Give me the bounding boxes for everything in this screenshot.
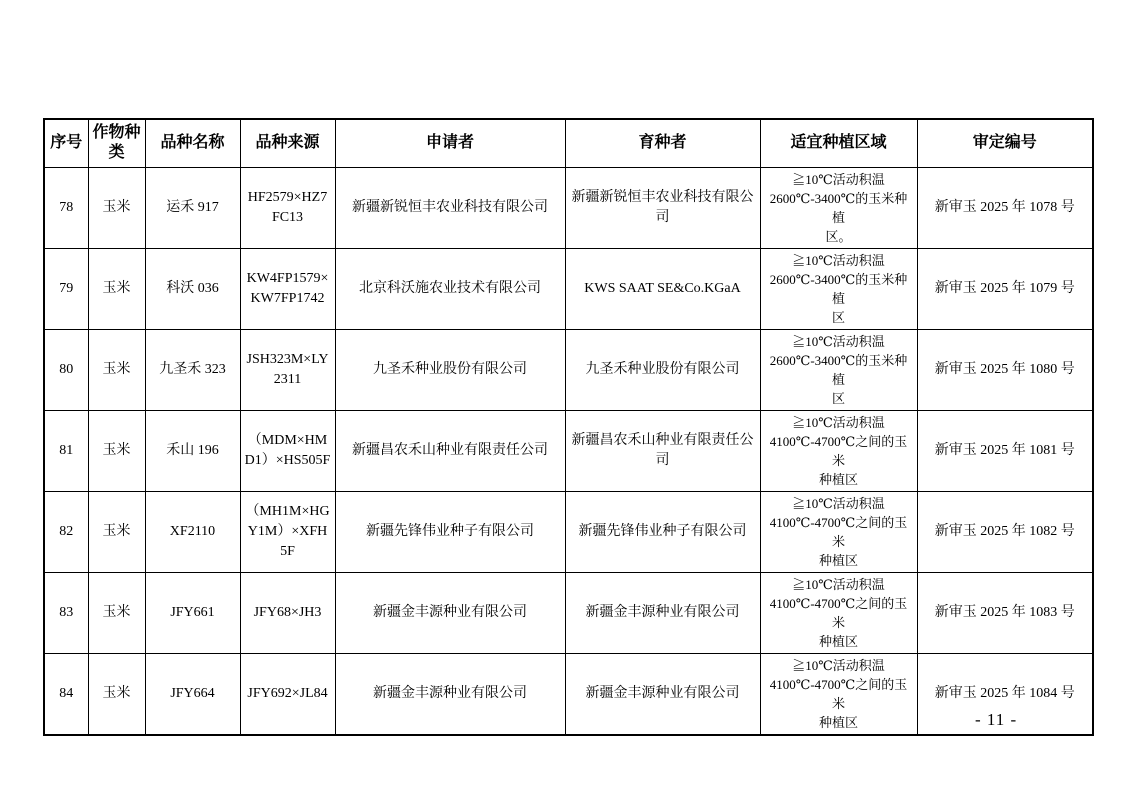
seq-cell: 80 xyxy=(44,329,88,410)
crop-cell: 玉米 xyxy=(88,491,145,572)
region-cell: ≧10℃活动积温 4100℃-4700℃之间的玉米 种植区 xyxy=(760,653,917,735)
region-cell: ≧10℃活动积温 2600℃-3400℃的玉米种植 区 xyxy=(760,248,917,329)
col-header-breeder: 育种者 xyxy=(565,119,760,167)
seq-cell: 79 xyxy=(44,248,88,329)
table-row: 82 玉米 XF2110 （MH1M×HGY1M）×XFH5F 新疆先锋伟业种子… xyxy=(44,491,1093,572)
table-row: 84 玉米 JFY664 JFY692×JL84 新疆金丰源种业有限公司 新疆金… xyxy=(44,653,1093,735)
variety-name-cell: JFY661 xyxy=(145,572,240,653)
table-row: 79 玉米 科沃 036 KW4FP1579×KW7FP1742 北京科沃施农业… xyxy=(44,248,1093,329)
cert-no-cell: 新审玉 2025 年 1080 号 xyxy=(917,329,1093,410)
applicant-cell: 新疆金丰源种业有限公司 xyxy=(335,653,565,735)
col-header-variety-name: 品种名称 xyxy=(145,119,240,167)
crop-cell: 玉米 xyxy=(88,167,145,248)
applicant-cell: 九圣禾种业股份有限公司 xyxy=(335,329,565,410)
table-row: 78 玉米 运禾 917 HF2579×HZ7FC13 新疆新锐恒丰农业科技有限… xyxy=(44,167,1093,248)
applicant-cell: 新疆金丰源种业有限公司 xyxy=(335,572,565,653)
col-header-applicant: 申请者 xyxy=(335,119,565,167)
cert-no-cell: 新审玉 2025 年 1078 号 xyxy=(917,167,1093,248)
source-cell: JFY68×JH3 xyxy=(240,572,335,653)
seq-cell: 83 xyxy=(44,572,88,653)
region-cell: ≧10℃活动积温 2600℃-3400℃的玉米种植 区。 xyxy=(760,167,917,248)
crop-cell: 玉米 xyxy=(88,572,145,653)
seq-cell: 82 xyxy=(44,491,88,572)
applicant-cell: 新疆昌农禾山种业有限责任公司 xyxy=(335,410,565,491)
variety-name-cell: 九圣禾 323 xyxy=(145,329,240,410)
region-cell: ≧10℃活动积温 2600℃-3400℃的玉米种植 区 xyxy=(760,329,917,410)
crop-cell: 玉米 xyxy=(88,248,145,329)
cert-no-cell: 新审玉 2025 年 1081 号 xyxy=(917,410,1093,491)
applicant-cell: 新疆先锋伟业种子有限公司 xyxy=(335,491,565,572)
cert-no-cell: 新审玉 2025 年 1083 号 xyxy=(917,572,1093,653)
breeder-cell: 新疆先锋伟业种子有限公司 xyxy=(565,491,760,572)
col-header-seq: 序号 xyxy=(44,119,88,167)
breeder-cell: 新疆金丰源种业有限公司 xyxy=(565,653,760,735)
applicant-cell: 新疆新锐恒丰农业科技有限公司 xyxy=(335,167,565,248)
source-cell: （MH1M×HGY1M）×XFH5F xyxy=(240,491,335,572)
col-header-source: 品种来源 xyxy=(240,119,335,167)
breeder-cell: 九圣禾种业股份有限公司 xyxy=(565,329,760,410)
table-row: 81 玉米 禾山 196 （MDM×HMD1）×HS505F 新疆昌农禾山种业有… xyxy=(44,410,1093,491)
breeder-cell: 新疆金丰源种业有限公司 xyxy=(565,572,760,653)
breeder-cell: KWS SAAT SE&Co.KGaA xyxy=(565,248,760,329)
region-cell: ≧10℃活动积温 4100℃-4700℃之间的玉米 种植区 xyxy=(760,491,917,572)
source-cell: KW4FP1579×KW7FP1742 xyxy=(240,248,335,329)
variety-name-cell: XF2110 xyxy=(145,491,240,572)
crop-cell: 玉米 xyxy=(88,329,145,410)
region-cell: ≧10℃活动积温 4100℃-4700℃之间的玉米 种植区 xyxy=(760,572,917,653)
col-header-cert-no: 审定编号 xyxy=(917,119,1093,167)
variety-name-cell: 运禾 917 xyxy=(145,167,240,248)
cert-no-cell: 新审玉 2025 年 1082 号 xyxy=(917,491,1093,572)
crop-cell: 玉米 xyxy=(88,653,145,735)
table-row: 83 玉米 JFY661 JFY68×JH3 新疆金丰源种业有限公司 新疆金丰源… xyxy=(44,572,1093,653)
breeder-cell: 新疆昌农禾山种业有限责任公司 xyxy=(565,410,760,491)
col-header-crop: 作物种类 xyxy=(88,119,145,167)
seq-cell: 81 xyxy=(44,410,88,491)
seq-cell: 84 xyxy=(44,653,88,735)
source-cell: （MDM×HMD1）×HS505F xyxy=(240,410,335,491)
region-cell: ≧10℃活动积温 4100℃-4700℃之间的玉米 种植区 xyxy=(760,410,917,491)
crop-cell: 玉米 xyxy=(88,410,145,491)
col-header-region: 适宜种植区域 xyxy=(760,119,917,167)
document-page: 序号 作物种类 品种名称 品种来源 申请者 育种者 适宜种植区域 审定编号 78… xyxy=(0,0,1122,793)
variety-name-cell: JFY664 xyxy=(145,653,240,735)
applicant-cell: 北京科沃施农业技术有限公司 xyxy=(335,248,565,329)
source-cell: HF2579×HZ7FC13 xyxy=(240,167,335,248)
variety-name-cell: 科沃 036 xyxy=(145,248,240,329)
table-row: 80 玉米 九圣禾 323 JSH323M×LY2311 九圣禾种业股份有限公司… xyxy=(44,329,1093,410)
source-cell: JFY692×JL84 xyxy=(240,653,335,735)
variety-approval-table: 序号 作物种类 品种名称 品种来源 申请者 育种者 适宜种植区域 审定编号 78… xyxy=(43,118,1094,736)
seq-cell: 78 xyxy=(44,167,88,248)
cert-no-cell: 新审玉 2025 年 1079 号 xyxy=(917,248,1093,329)
breeder-cell: 新疆新锐恒丰农业科技有限公司 xyxy=(565,167,760,248)
page-number: - 11 - xyxy=(975,710,1017,730)
table-header-row: 序号 作物种类 品种名称 品种来源 申请者 育种者 适宜种植区域 审定编号 xyxy=(44,119,1093,167)
source-cell: JSH323M×LY2311 xyxy=(240,329,335,410)
variety-name-cell: 禾山 196 xyxy=(145,410,240,491)
